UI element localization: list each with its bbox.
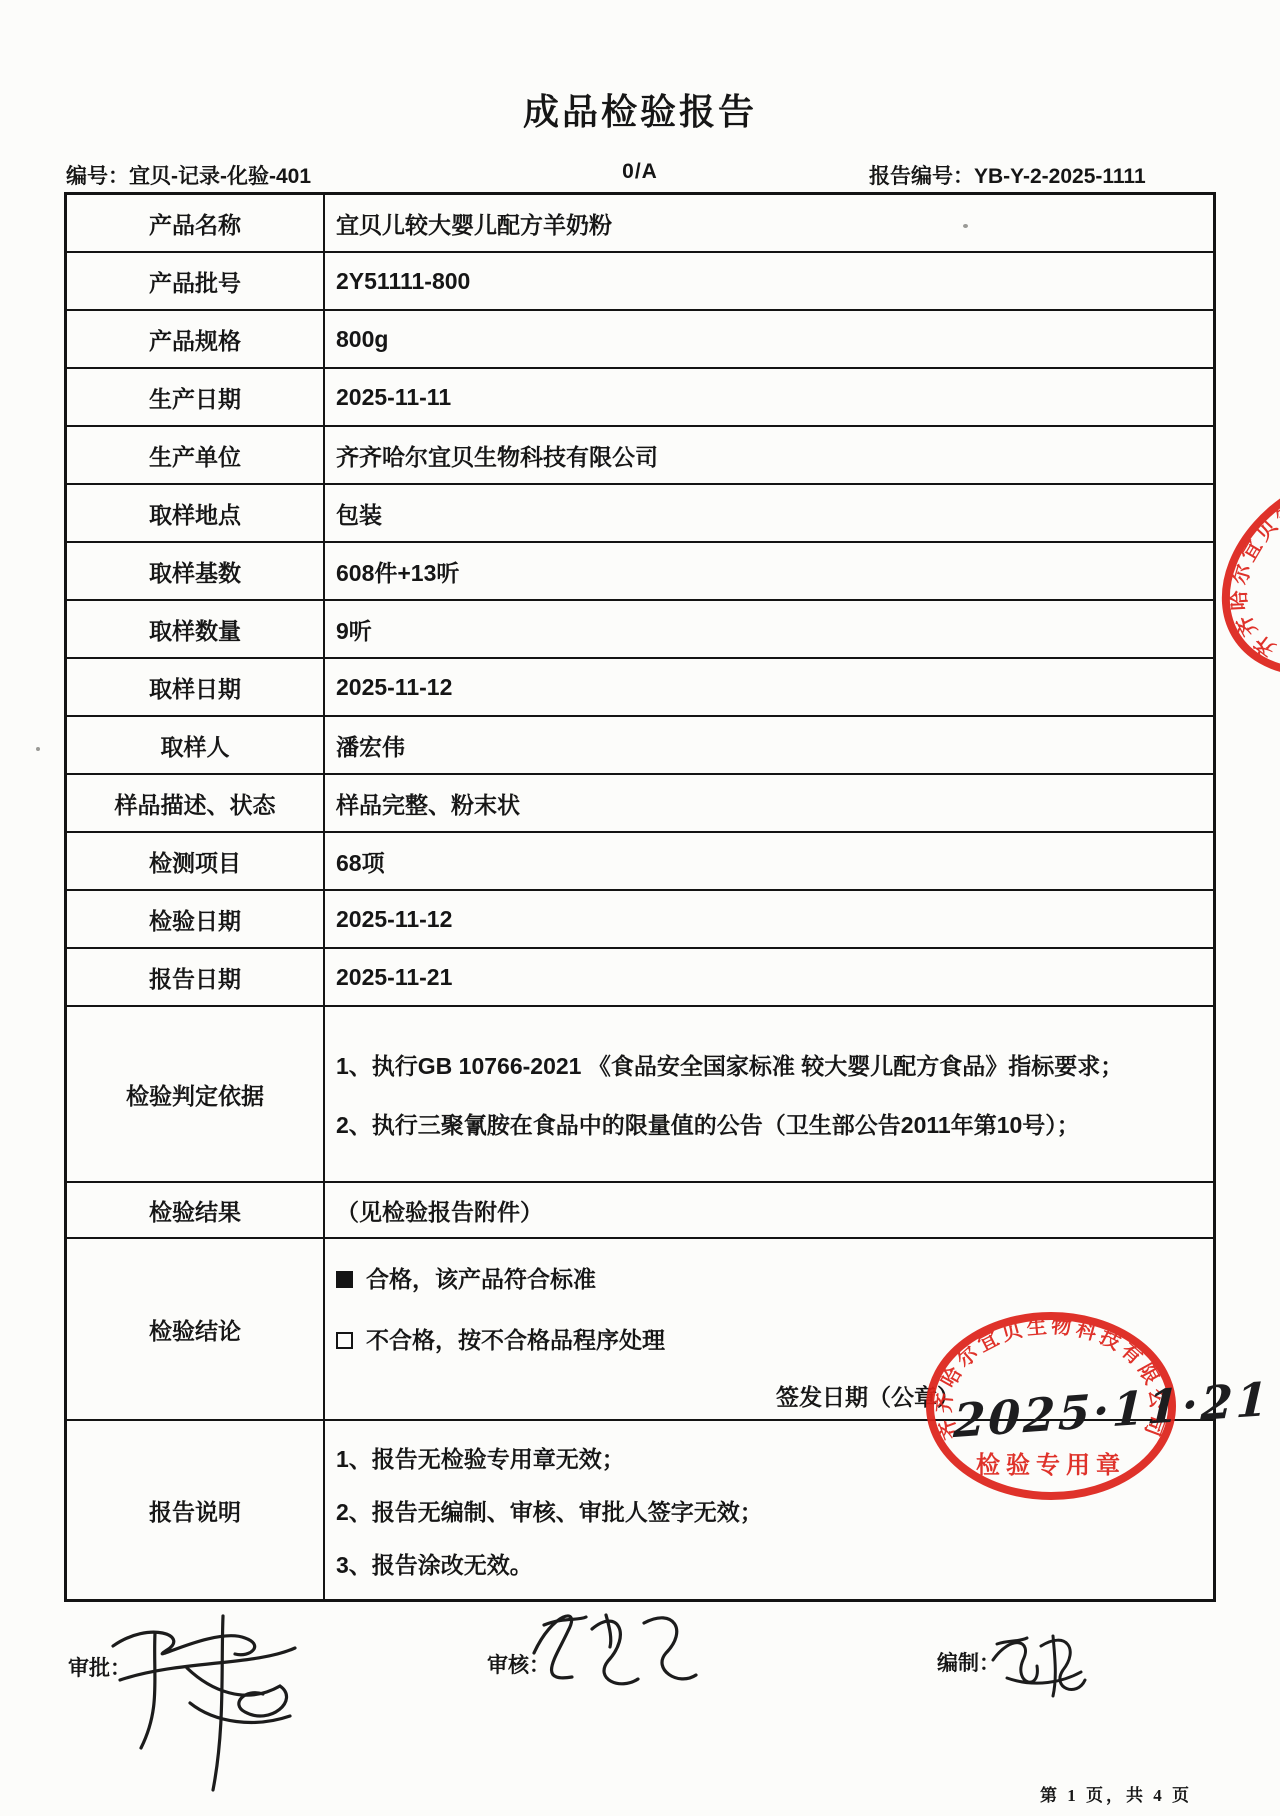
approve-signature-handwriting xyxy=(95,1608,325,1798)
row-label: 取样地点 xyxy=(67,485,325,541)
row-label: 检验结果 xyxy=(67,1183,325,1237)
row-judgment-basis: 检验判定依据 1、执行GB 10766-2021 《食品安全国家标准 较大婴儿配… xyxy=(67,1007,1213,1183)
row-label: 产品规格 xyxy=(67,311,325,367)
row-product-spec: 产品规格 800g xyxy=(67,311,1213,369)
row-value: 9听 xyxy=(325,601,1213,657)
page-number-footer: 第 1 页，共 4 页 xyxy=(1040,1781,1192,1806)
row-label: 生产单位 xyxy=(67,427,325,483)
prepare-signature-handwriting xyxy=(983,1618,1098,1713)
conclusion-pass-text: 合格，该产品符合标准 xyxy=(366,1266,596,1292)
row-value: 宜贝儿较大婴儿配方羊奶粉 xyxy=(325,195,1213,251)
row-label: 产品名称 xyxy=(67,195,325,251)
row-label: 产品批号 xyxy=(67,253,325,309)
row-value: 2025-11-12 xyxy=(325,891,1213,947)
row-sampling-location: 取样地点 包装 xyxy=(67,485,1213,543)
row-sampling-date: 取样日期 2025-11-12 xyxy=(67,659,1213,717)
note-line-3: 3、报告涂改无效。 xyxy=(336,1547,533,1580)
row-label: 取样数量 xyxy=(67,601,325,657)
row-manufacturer: 生产单位 齐齐哈尔宜贝生物科技有限公司 xyxy=(67,427,1213,485)
row-value: 2025-11-11 xyxy=(325,369,1213,425)
row-value: （见检验报告附件） xyxy=(325,1183,1213,1237)
row-sample-description: 样品描述、状态 样品完整、粉末状 xyxy=(67,775,1213,833)
review-signature-handwriting xyxy=(520,1595,710,1710)
row-value: 包装 xyxy=(325,485,1213,541)
row-inspection-result: 检验结果 （见检验报告附件） xyxy=(67,1183,1213,1239)
scan-speck xyxy=(36,747,40,751)
row-value: 1、执行GB 10766-2021 《食品安全国家标准 较大婴儿配方食品》指标要… xyxy=(325,1007,1213,1181)
row-label: 生产日期 xyxy=(67,369,325,425)
conclusion-pass-line: 合格，该产品符合标准 xyxy=(336,1261,596,1294)
row-label: 取样日期 xyxy=(67,659,325,715)
row-label: 报告说明 xyxy=(67,1421,325,1599)
row-label: 检测项目 xyxy=(67,833,325,889)
document-header: 编号：宜贝-记录-化验-401 0/A 报告编号：YB-Y-2-2025-111… xyxy=(64,160,1216,186)
conclusion-fail-line: 不合格，按不合格品程序处理 xyxy=(336,1322,665,1355)
row-value: 608件+13听 xyxy=(325,543,1213,599)
row-value: 潘宏伟 xyxy=(325,717,1213,773)
conclusion-fail-text: 不合格，按不合格品程序处理 xyxy=(366,1327,665,1353)
row-sampling-base: 取样基数 608件+13听 xyxy=(67,543,1213,601)
report-number: 报告编号：YB-Y-2-2025-1111 xyxy=(869,160,1146,190)
row-label: 检验判定依据 xyxy=(67,1007,325,1181)
row-value: 齐齐哈尔宜贝生物科技有限公司 xyxy=(325,427,1213,483)
row-report-date: 报告日期 2025-11-21 xyxy=(67,949,1213,1007)
row-value: 样品完整、粉末状 xyxy=(325,775,1213,831)
row-label: 检验日期 xyxy=(67,891,325,947)
fail-checkbox-empty xyxy=(336,1332,353,1349)
row-inspection-date: 检验日期 2025-11-12 xyxy=(67,891,1213,949)
row-label: 样品描述、状态 xyxy=(67,775,325,831)
row-production-date: 生产日期 2025-11-11 xyxy=(67,369,1213,427)
page-title: 成品检验报告 xyxy=(0,84,1280,135)
row-product-name: 产品名称 宜贝儿较大婴儿配方羊奶粉 xyxy=(67,195,1213,253)
seal-caption-text: 检验专用章 xyxy=(976,1451,1126,1479)
row-value: 2025-11-12 xyxy=(325,659,1213,715)
row-batch-number: 产品批号 2Y51111-800 xyxy=(67,253,1213,311)
row-label: 取样人 xyxy=(67,717,325,773)
row-sampler: 取样人 潘宏伟 xyxy=(67,717,1213,775)
row-value: 2025-11-21 xyxy=(325,949,1213,1005)
pass-checkbox-filled xyxy=(336,1271,353,1288)
judgment-basis-line-1: 1、执行GB 10766-2021 《食品安全国家标准 较大婴儿配方食品》指标要… xyxy=(336,1048,1123,1081)
judgment-basis-line-2: 2、执行三聚氰胺在食品中的限量值的公告（卫生部公告2011年第10号）； xyxy=(336,1107,1080,1140)
row-test-items: 检测项目 68项 xyxy=(67,833,1213,891)
note-line-2: 2、报告无编制、审核、审批人签字无效； xyxy=(336,1494,763,1527)
row-label: 检验结论 xyxy=(67,1239,325,1419)
inspection-report-page: 成品检验报告 编号：宜贝-记录-化验-401 0/A 报告编号：YB-Y-2-2… xyxy=(0,0,1280,1816)
row-value: 2Y51111-800 xyxy=(325,253,1213,309)
row-label: 取样基数 xyxy=(67,543,325,599)
row-sampling-quantity: 取样数量 9听 xyxy=(67,601,1213,659)
note-line-1: 1、报告无检验专用章无效； xyxy=(336,1441,625,1474)
row-label: 报告日期 xyxy=(67,949,325,1005)
row-value: 800g xyxy=(325,311,1213,367)
scan-speck xyxy=(963,224,968,228)
row-value: 68项 xyxy=(325,833,1213,889)
